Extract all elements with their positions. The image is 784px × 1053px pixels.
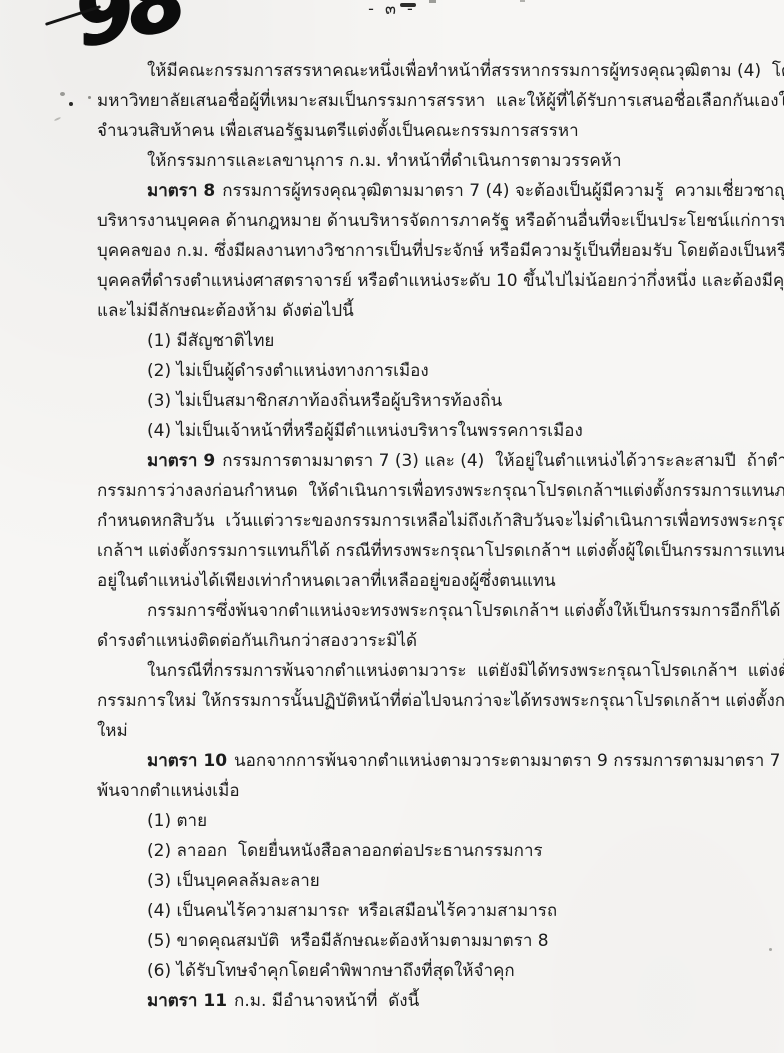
document-line: มาตรา 8กรรมการผู้ทรงคุณวุฒิตามมาตรา 7 (4… <box>97 176 744 206</box>
document-line: บริหารงานบุคคล ด้านกฎหมาย ด้านบริหารจัดก… <box>97 206 744 236</box>
ink-speck <box>60 92 65 96</box>
document-line: กรรมการซึ่งพ้นจากตำแหน่งจะทรงพระกรุณาโปร… <box>97 596 744 626</box>
document-line: กรรมการว่างลงก่อนกำหนด ให้ดำเนินการเพื่อ… <box>97 476 744 506</box>
document-line: (2) ไม่เป็นผู้ดำรงตำแหน่งทางการเมือง <box>97 356 744 386</box>
document-line: เกล้าฯ แต่งตั้งกรรมการแทนก็ได้ กรณีที่ทร… <box>97 536 744 566</box>
document-line: มาตรา 9กรรมการตามมาตรา 7 (3) และ (4) ให้… <box>97 446 744 476</box>
document-line: จำนวนสิบห้าคน เพื่อเสนอรัฐมนตรีแต่งตั้งเ… <box>97 116 744 146</box>
section-number: มาตรา 9 <box>147 451 215 471</box>
section-number: มาตรา 8 <box>147 181 215 201</box>
ink-speck <box>69 102 73 106</box>
ink-speck <box>54 117 61 122</box>
document-page: 98 - ๓ - ให้มีคณะกรรมการสรรหาคณะหนึ่งเพื… <box>0 0 784 1053</box>
ink-speck <box>88 96 91 99</box>
document-line: มหาวิทยาลัยเสนอชื่อผู้ที่เหมาะสมเป็นกรรม… <box>97 86 744 116</box>
document-line: (6) ได้รับโทษจำคุกโดยคำพิพากษาถึงที่สุดใ… <box>97 956 744 986</box>
document-line: บุคคลของ ก.ม. ซึ่งมีผลงานทางวิชาการเป็นท… <box>97 236 744 266</box>
document-line: (4) เป็นคนไร้ความสามารถ หรือเสมือนไร้ควา… <box>97 896 744 926</box>
document-line: (2) ลาออก โดยยื่นหนังสือลาออกต่อประธานกร… <box>97 836 744 866</box>
page-number: - ๓ - <box>0 0 784 22</box>
ink-speck <box>769 948 772 951</box>
document-line: (3) ไม่เป็นสมาชิกสภาท้องถิ่นหรือผู้บริหา… <box>97 386 744 416</box>
document-line: บุคคลที่ดำรงตำแหน่งศาสตราจารย์ หรือตำแหน… <box>97 266 744 296</box>
document-line: อยู่ในตำแหน่งได้เพียงเท่ากำหนดเวลาที่เหล… <box>97 566 744 596</box>
document-line: ในกรณีที่กรรมการพ้นจากตำแหน่งตามวาระ แต่… <box>97 656 744 686</box>
document-line: มาตรา 11ก.ม. มีอำนาจหน้าที่ ดังนี้ <box>97 986 744 1016</box>
document-line: (3) เป็นบุคคลล้มละลาย <box>97 866 744 896</box>
document-line: ให้กรรมการและเลขานุการ ก.ม. ทำหน้าที่ดำเ… <box>97 146 744 176</box>
document-line: ใหม่ <box>97 716 744 746</box>
document-line: (5) ขาดคุณสมบัติ หรือมีลักษณะต้องห้ามตาม… <box>97 926 744 956</box>
document-line: กรรมการใหม่ ให้กรรมการนั้นปฏิบัติหน้าที่… <box>97 686 744 716</box>
document-line: (1) ตาย <box>97 806 744 836</box>
document-line: และไม่มีลักษณะต้องห้าม ดังต่อไปนี้ <box>97 296 744 326</box>
document-line: กำหนดหกสิบวัน เว้นแต่วาระของกรรมการเหลือ… <box>97 506 744 536</box>
document-line: (4) ไม่เป็นเจ้าหน้าที่หรือผู้มีตำแหน่งบร… <box>97 416 744 446</box>
document-line: ดำรงตำแหน่งติดต่อกันเกินกว่าสองวาระมิได้ <box>97 626 744 656</box>
document-line: พ้นจากตำแหน่งเมื่อ <box>97 776 744 806</box>
document-line: มาตรา 10นอกจากการพ้นจากตำแหน่งตามวาระตาม… <box>97 746 744 776</box>
document-body: ให้มีคณะกรรมการสรรหาคณะหนึ่งเพื่อทำหน้าท… <box>97 56 744 1016</box>
document-line: (1) มีสัญชาติไทย <box>97 326 744 356</box>
section-number: มาตรา 11 <box>147 991 227 1011</box>
document-line: ให้มีคณะกรรมการสรรหาคณะหนึ่งเพื่อทำหน้าท… <box>97 56 744 86</box>
section-number: มาตรา 10 <box>147 751 227 771</box>
